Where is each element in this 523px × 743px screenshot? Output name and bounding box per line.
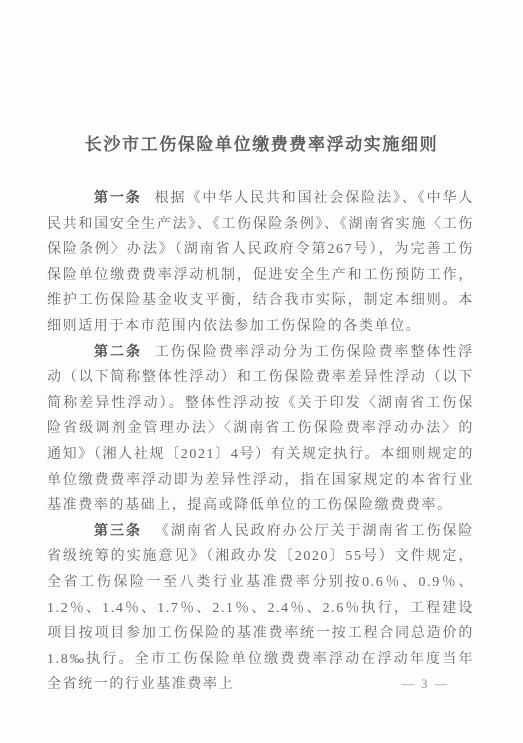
article-2-label: 第二条 xyxy=(94,345,142,360)
document-body: 第一条根据《中华人民共和国社会保险法》、《中华人民共和国安全生产法》、《工伤保险… xyxy=(47,186,474,698)
page-number: — 3 — xyxy=(402,677,450,692)
article-2-text: 工伤保险费率浮动分为工伤保险费率整体性浮动（以下简称整体性浮动）和工伤保险费率差… xyxy=(47,345,474,514)
article-3: 第三条《湖南省人民政府办公厅关于湖南省工伤保险省级统筹的实施意见》（湘政办发〔2… xyxy=(47,519,474,698)
document-title: 长沙市工伤保险单位缴费费率浮动实施细则 xyxy=(0,130,523,155)
article-3-label: 第三条 xyxy=(94,524,142,539)
document-page: 长沙市工伤保险单位缴费费率浮动实施细则 第一条根据《中华人民共和国社会保险法》、… xyxy=(0,0,523,743)
article-3-text: 《湖南省人民政府办公厅关于湖南省工伤保险省级统筹的实施意见》（湘政办发〔2020… xyxy=(47,524,474,693)
article-2: 第二条工伤保险费率浮动分为工伤保险费率整体性浮动（以下简称整体性浮动）和工伤保险… xyxy=(47,340,474,519)
article-1-text: 根据《中华人民共和国社会保险法》、《中华人民共和国安全生产法》、《工伤保险条例》… xyxy=(47,191,474,334)
article-1-label: 第一条 xyxy=(94,191,142,206)
article-1: 第一条根据《中华人民共和国社会保险法》、《中华人民共和国安全生产法》、《工伤保险… xyxy=(47,186,474,340)
